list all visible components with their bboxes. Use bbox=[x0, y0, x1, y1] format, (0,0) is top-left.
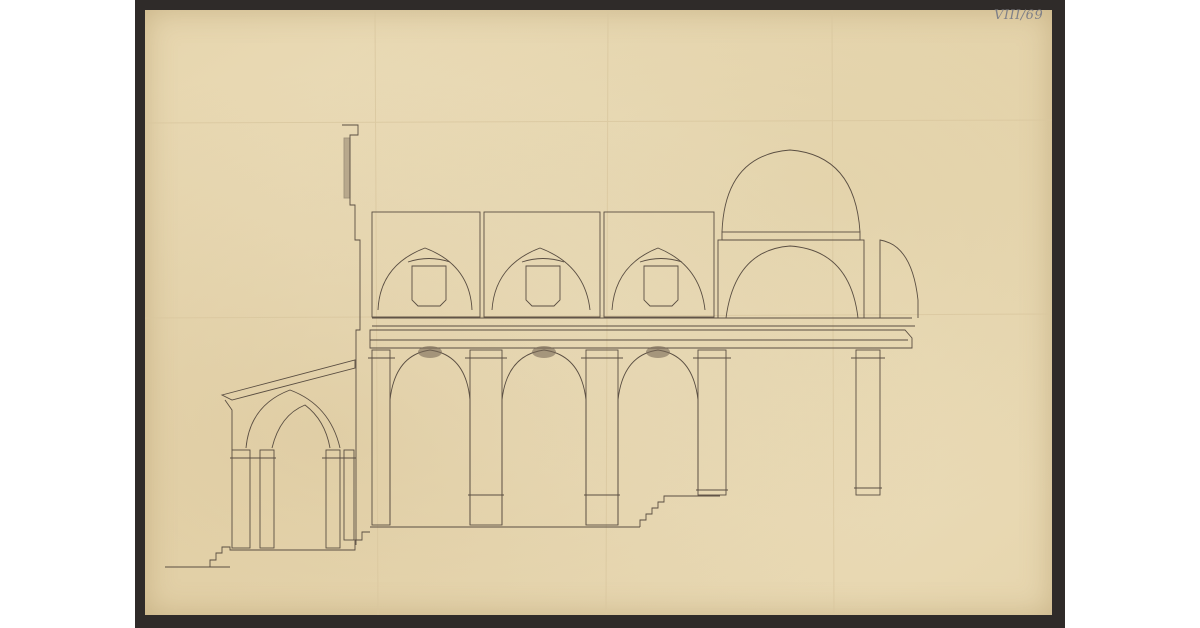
fold-lines bbox=[145, 10, 1052, 615]
elevation-linework bbox=[165, 125, 918, 567]
architectural-drawing bbox=[0, 0, 1200, 628]
